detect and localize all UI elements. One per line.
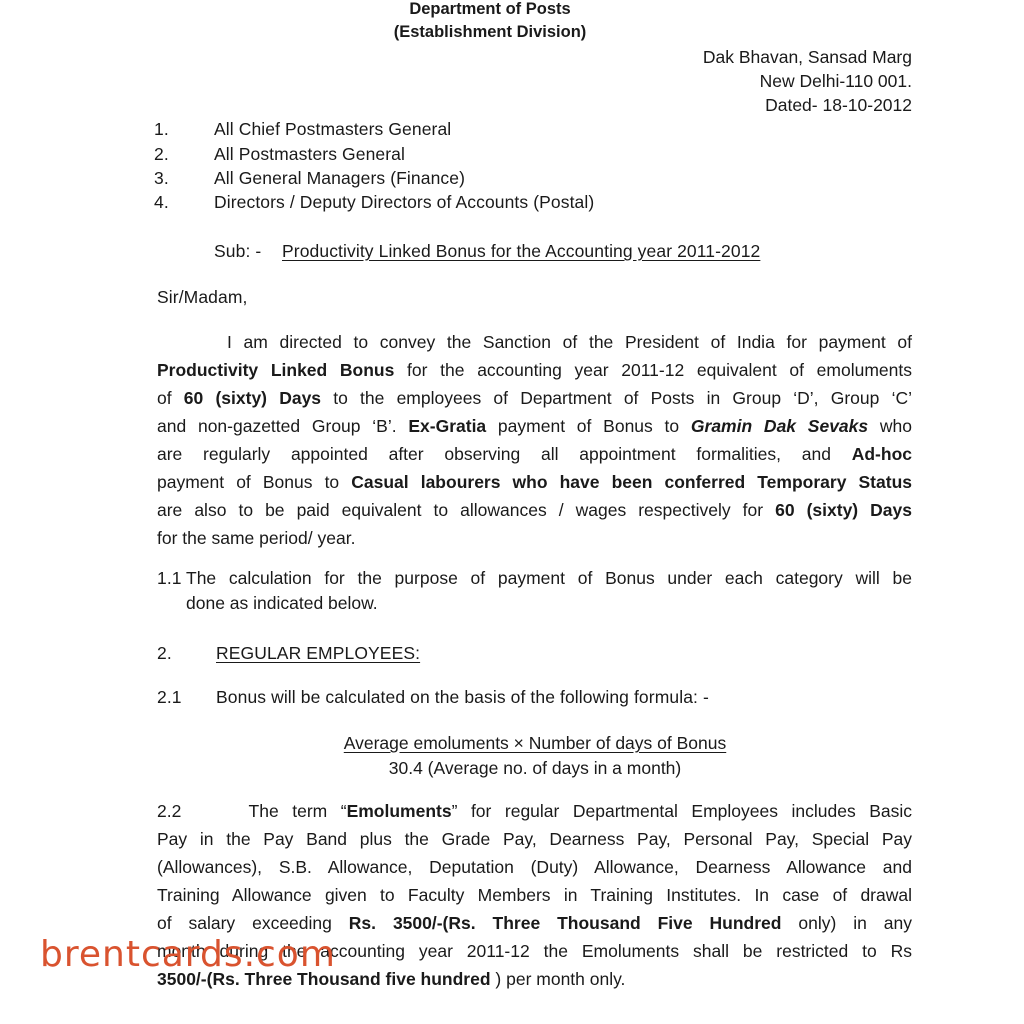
document-page: Department of Posts (Establishment Divis… (0, 0, 1024, 1024)
address-line-2: New Delhi-110 001. (760, 71, 912, 92)
paragraph-2-1-text: Bonus will be calculated on the basis of… (216, 687, 709, 708)
division-heading: (Establishment Division) (290, 23, 690, 42)
recipient-number: 4. (154, 192, 169, 213)
section-2-number: 2. (157, 643, 172, 664)
recipient-item: All Postmasters General (214, 144, 405, 165)
recipient-item: Directors / Deputy Directors of Accounts… (214, 192, 594, 213)
department-heading: Department of Posts (290, 0, 690, 19)
subject-text: Productivity Linked Bonus for the Accoun… (282, 241, 760, 262)
recipient-number: 1. (154, 119, 169, 140)
paragraph-1-1: The calculation for the purpose of payme… (186, 564, 912, 617)
paragraph-2-1-number: 2.1 (157, 687, 182, 708)
subject-label: Sub: - (214, 241, 261, 262)
address-line-1: Dak Bhavan, Sansad Marg (703, 47, 912, 68)
salutation: Sir/Madam, (157, 287, 247, 308)
recipient-number: 2. (154, 144, 169, 165)
bonus-formula: Average emoluments × Number of days of B… (300, 731, 770, 781)
date-line: Dated- 18-10-2012 (765, 95, 912, 116)
section-2-title: REGULAR EMPLOYEES: (216, 643, 420, 664)
recipient-item: All General Managers (Finance) (214, 168, 465, 189)
recipient-item: All Chief Postmasters General (214, 119, 451, 140)
recipient-number: 3. (154, 168, 169, 189)
watermark-text: brentcards.com (40, 934, 336, 975)
formula-numerator: Average emoluments × Number of days of B… (300, 731, 770, 756)
formula-denominator: 30.4 (Average no. of days in a month) (300, 756, 770, 781)
paragraph-1: I am directed to convey the Sanction of … (157, 328, 912, 552)
paragraph-1-1-number: 1.1 (157, 568, 182, 589)
